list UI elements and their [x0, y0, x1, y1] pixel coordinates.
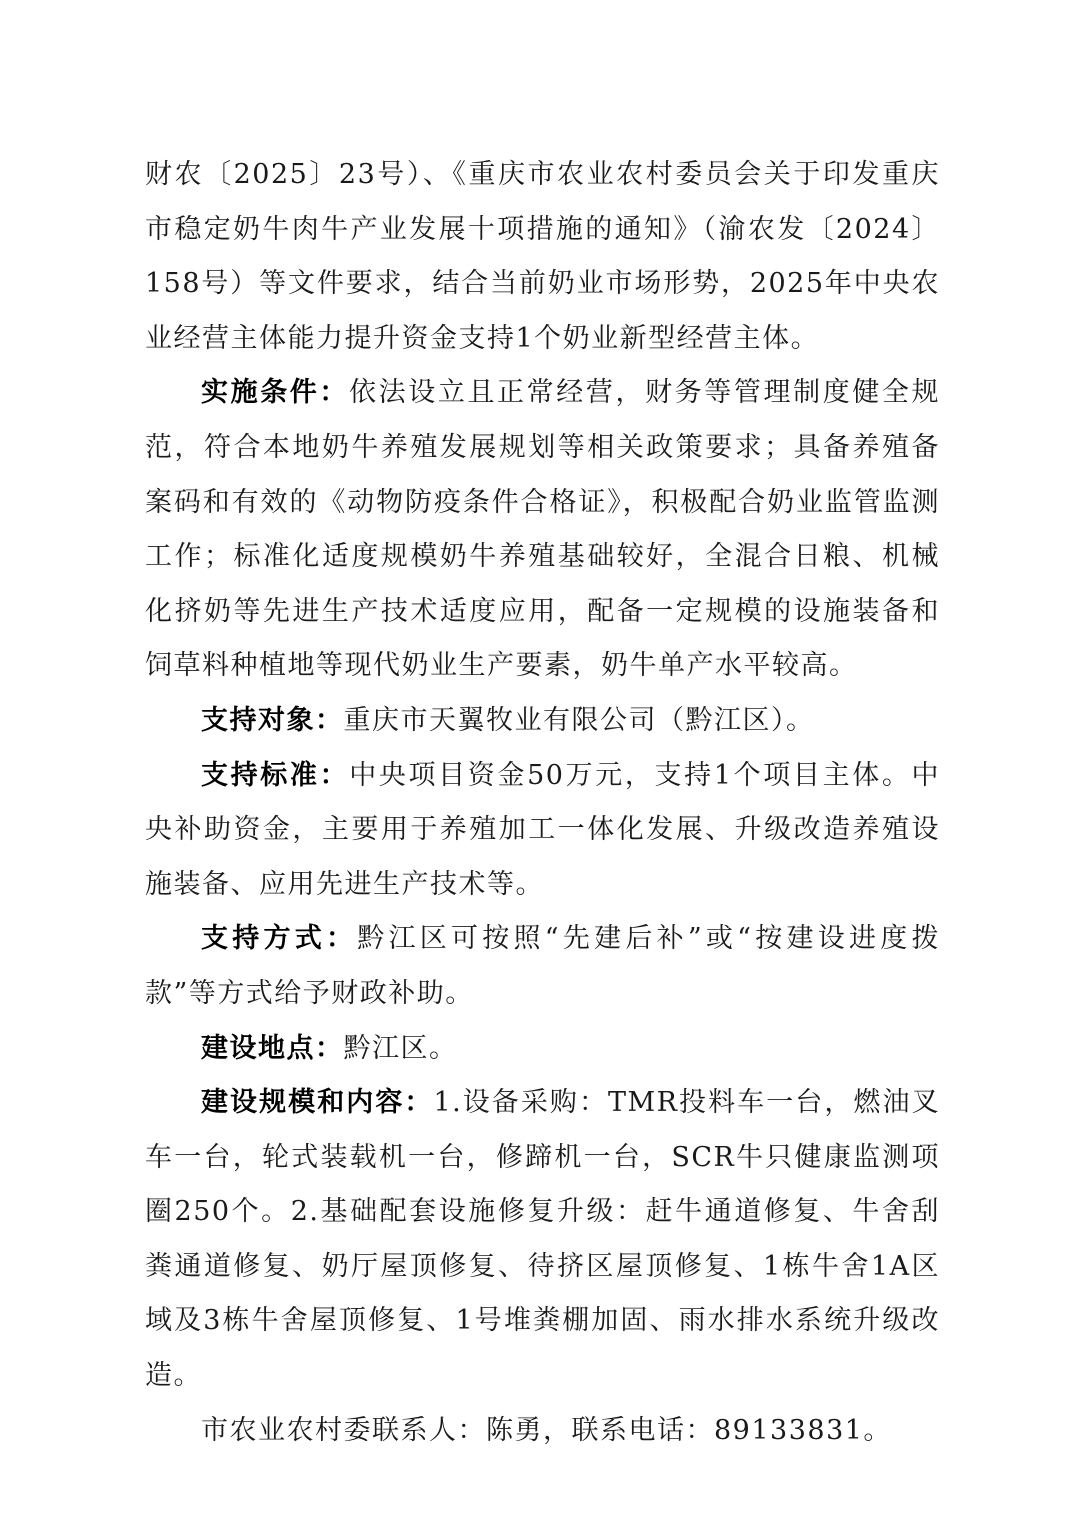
section-label: 支持标准：	[201, 760, 349, 791]
paragraph-support-target: 支持对象：重庆市天翼牧业有限公司（黔江区）。	[145, 694, 940, 749]
contact-text: 市农业农村委联系人：陈勇，联系电话：89133831。	[201, 1415, 892, 1446]
paragraph-text: 1.设备采购：TMR投料车一台，燃油叉车一台，轮式装载机一台，修蹄机一台，SCR…	[145, 1087, 940, 1391]
paragraph-implementation-conditions: 实施条件：依法设立且正常经营，财务等管理制度健全规范，符合本地奶牛养殖发展规划等…	[145, 366, 940, 694]
section-label: 支持方式：	[201, 923, 357, 954]
paragraph-text: 依法设立且正常经营，财务等管理制度健全规范，符合本地奶牛养殖发展规划等相关政策要…	[145, 377, 940, 681]
paragraph-text: 财农〔2025〕23号）、《重庆市农业农村委员会关于印发重庆市稳定奶牛肉牛产业发…	[145, 159, 940, 354]
paragraph-construction-scope: 建设规模和内容：1.设备采购：TMR投料车一台，燃油叉车一台，轮式装载机一台，修…	[145, 1076, 940, 1404]
paragraph-support-method: 支持方式：黔江区可按照“先建后补”或“按建设进度拨款”等方式给予财政补助。	[145, 912, 940, 1021]
section-label: 支持对象：	[201, 705, 344, 736]
paragraph-construction-site: 建设地点：黔江区。	[145, 1022, 940, 1077]
paragraph-support-standard: 支持标准：中央项目资金50万元，支持1个项目主体。中央补助资金，主要用于养殖加工…	[145, 749, 940, 913]
paragraph-text: 黔江区。	[344, 1033, 458, 1064]
section-label: 实施条件：	[201, 377, 349, 408]
section-label: 建设规模和内容：	[201, 1087, 433, 1118]
document-page: 财农〔2025〕23号）、《重庆市农业农村委员会关于印发重庆市稳定奶牛肉牛产业发…	[145, 148, 940, 1458]
paragraph-policy-basis: 财农〔2025〕23号）、《重庆市农业农村委员会关于印发重庆市稳定奶牛肉牛产业发…	[145, 148, 940, 366]
paragraph-text: 重庆市天翼牧业有限公司（黔江区）。	[344, 705, 815, 736]
section-label: 建设地点：	[201, 1033, 344, 1064]
contact-line: 市农业农村委联系人：陈勇，联系电话：89133831。	[145, 1404, 940, 1459]
